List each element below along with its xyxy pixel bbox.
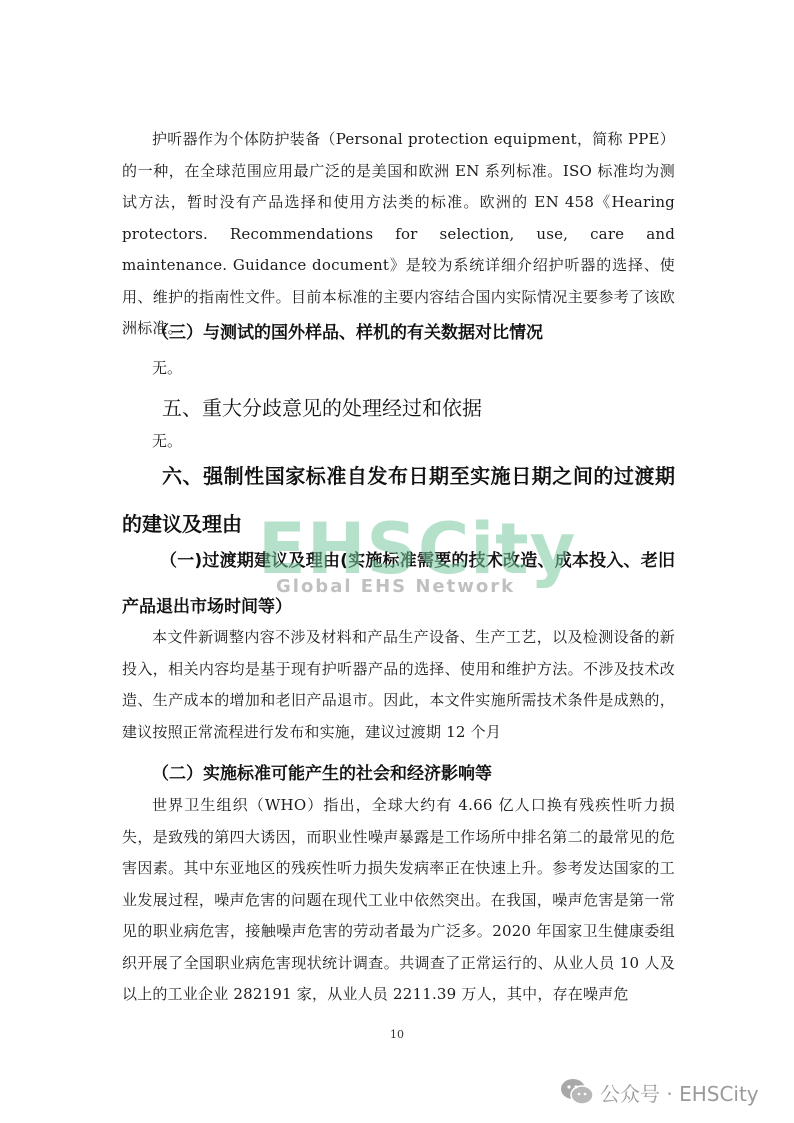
- text-none-1: 无。: [152, 357, 182, 378]
- paragraph-transition-body: 本文件新调整内容不涉及材料和产品生产设备、生产工艺，以及检测设备的新投入，相关内…: [122, 622, 675, 748]
- document-page: 护听器作为个体防护装备（Personal protection equipmen…: [0, 0, 794, 1123]
- heading-social-economic-impact: （二）实施标准可能产生的社会和经济影响等: [152, 759, 492, 784]
- heading-section-5: 五、重大分歧意见的处理经过和依据: [162, 392, 482, 421]
- heading-transition-period: （一)过渡期建议及理由(实施标准需要的技术改造、成本投入、老旧产品退出市场时间等…: [122, 538, 675, 630]
- page-number: 10: [0, 1028, 794, 1041]
- text-none-2: 无。: [152, 430, 182, 451]
- paragraph-impact-body: 世界卫生组织（WHO）指出，全球大约有 4.66 亿人口换有残疾性听力损失，是致…: [122, 790, 675, 1011]
- heading-section-6: 六、强制性国家标准自发布日期至实施日期之间的过渡期的建议及理由: [122, 452, 675, 548]
- wechat-icon: [560, 1078, 594, 1106]
- wechat-account-badge[interactable]: 公众号 · EHSCity: [560, 1076, 759, 1108]
- paragraph-ppe-intro: 护听器作为个体防护装备（Personal protection equipmen…: [122, 124, 675, 345]
- heading-foreign-sample-comparison: （三）与测试的国外样品、样机的有关数据对比情况: [152, 318, 543, 343]
- wechat-account-label: 公众号 · EHSCity: [600, 1078, 759, 1107]
